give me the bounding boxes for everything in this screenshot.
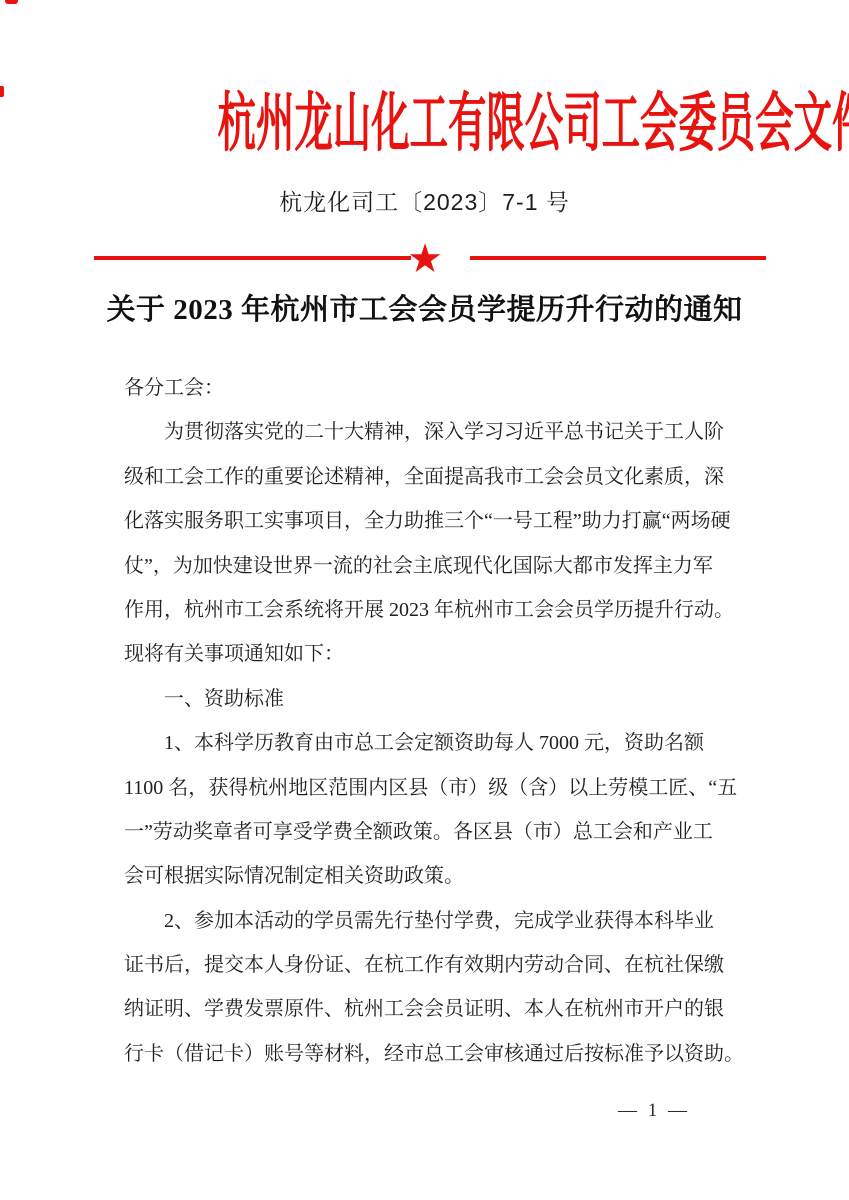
document-title: 关于 2023 年杭州市工会会员学提历升行动的通知	[0, 287, 849, 328]
star-icon: ★	[399, 237, 451, 281]
body-line: 一”劳动奖章者可享受学费全额政策。各区县（市）总工会和产业工	[124, 810, 726, 854]
header-title-text: 杭州龙山化工有限公司工会委员会文件	[218, 90, 849, 157]
body-line: 化落实服务职工实事项目，全力助推三个“一号工程”助力打赢“两场硬	[124, 499, 726, 543]
scan-artifact-top	[5, 0, 18, 4]
body-line: 1100 名，获得杭州地区范围内区县（市）级（含）以上劳模工匠、“五	[124, 766, 726, 810]
body-line: 仗”，为加快建设世界一流的社会主底现代化国际大都市发挥主力军	[124, 544, 726, 588]
body-line: 1、本科学历教育由市总工会定额资助每人 7000 元，资助名额	[124, 721, 726, 765]
body-line: 现将有关事项通知如下：	[124, 632, 726, 676]
document-header-title: 杭州龙山化工有限公司工会委员会文件	[0, 90, 849, 157]
body-line: 为贯彻落实党的二十大精神，深入学习习近平总书记关于工人阶	[124, 410, 726, 454]
body-line: 作用，杭州市工会系统将开展 2023 年杭州市工会会员学历提升行动。	[124, 588, 726, 632]
red-rule-right	[470, 256, 766, 260]
body-line: 会可根据实际情况制定相关资助政策。	[124, 854, 726, 898]
body-line: 级和工会工作的重要论述精神，全面提高我市工会会员文化素质，深	[124, 455, 726, 499]
body-line: 2、参加本活动的学员需先行垫付学费，完成学业获得本科毕业	[124, 899, 726, 943]
page-number: — 1 —	[618, 1100, 690, 1122]
body-line-salutation: 各分工会：	[124, 366, 726, 410]
document-number: 杭龙化司工〔2023〕7-1 号	[0, 184, 849, 217]
document-body: 各分工会： 为贯彻落实党的二十大精神，深入学习习近平总书记关于工人阶 级和工会工…	[124, 366, 726, 1076]
red-rule-left	[94, 256, 411, 260]
body-line: 行卡（借记卡）账号等材料，经市总工会审核通过后按标准予以资助。	[124, 1032, 726, 1076]
body-line: 证书后，提交本人身份证、在杭工作有效期内劳动合同、在杭社保缴	[124, 943, 726, 987]
document-page: 杭州龙山化工有限公司工会委员会文件 杭龙化司工〔2023〕7-1 号 ★ 关于 …	[0, 0, 849, 1200]
body-line-section-heading: 一、资助标准	[124, 677, 726, 721]
body-line: 纳证明、学费发票原件、杭州工会会员证明、本人在杭州市开户的银	[124, 987, 726, 1031]
